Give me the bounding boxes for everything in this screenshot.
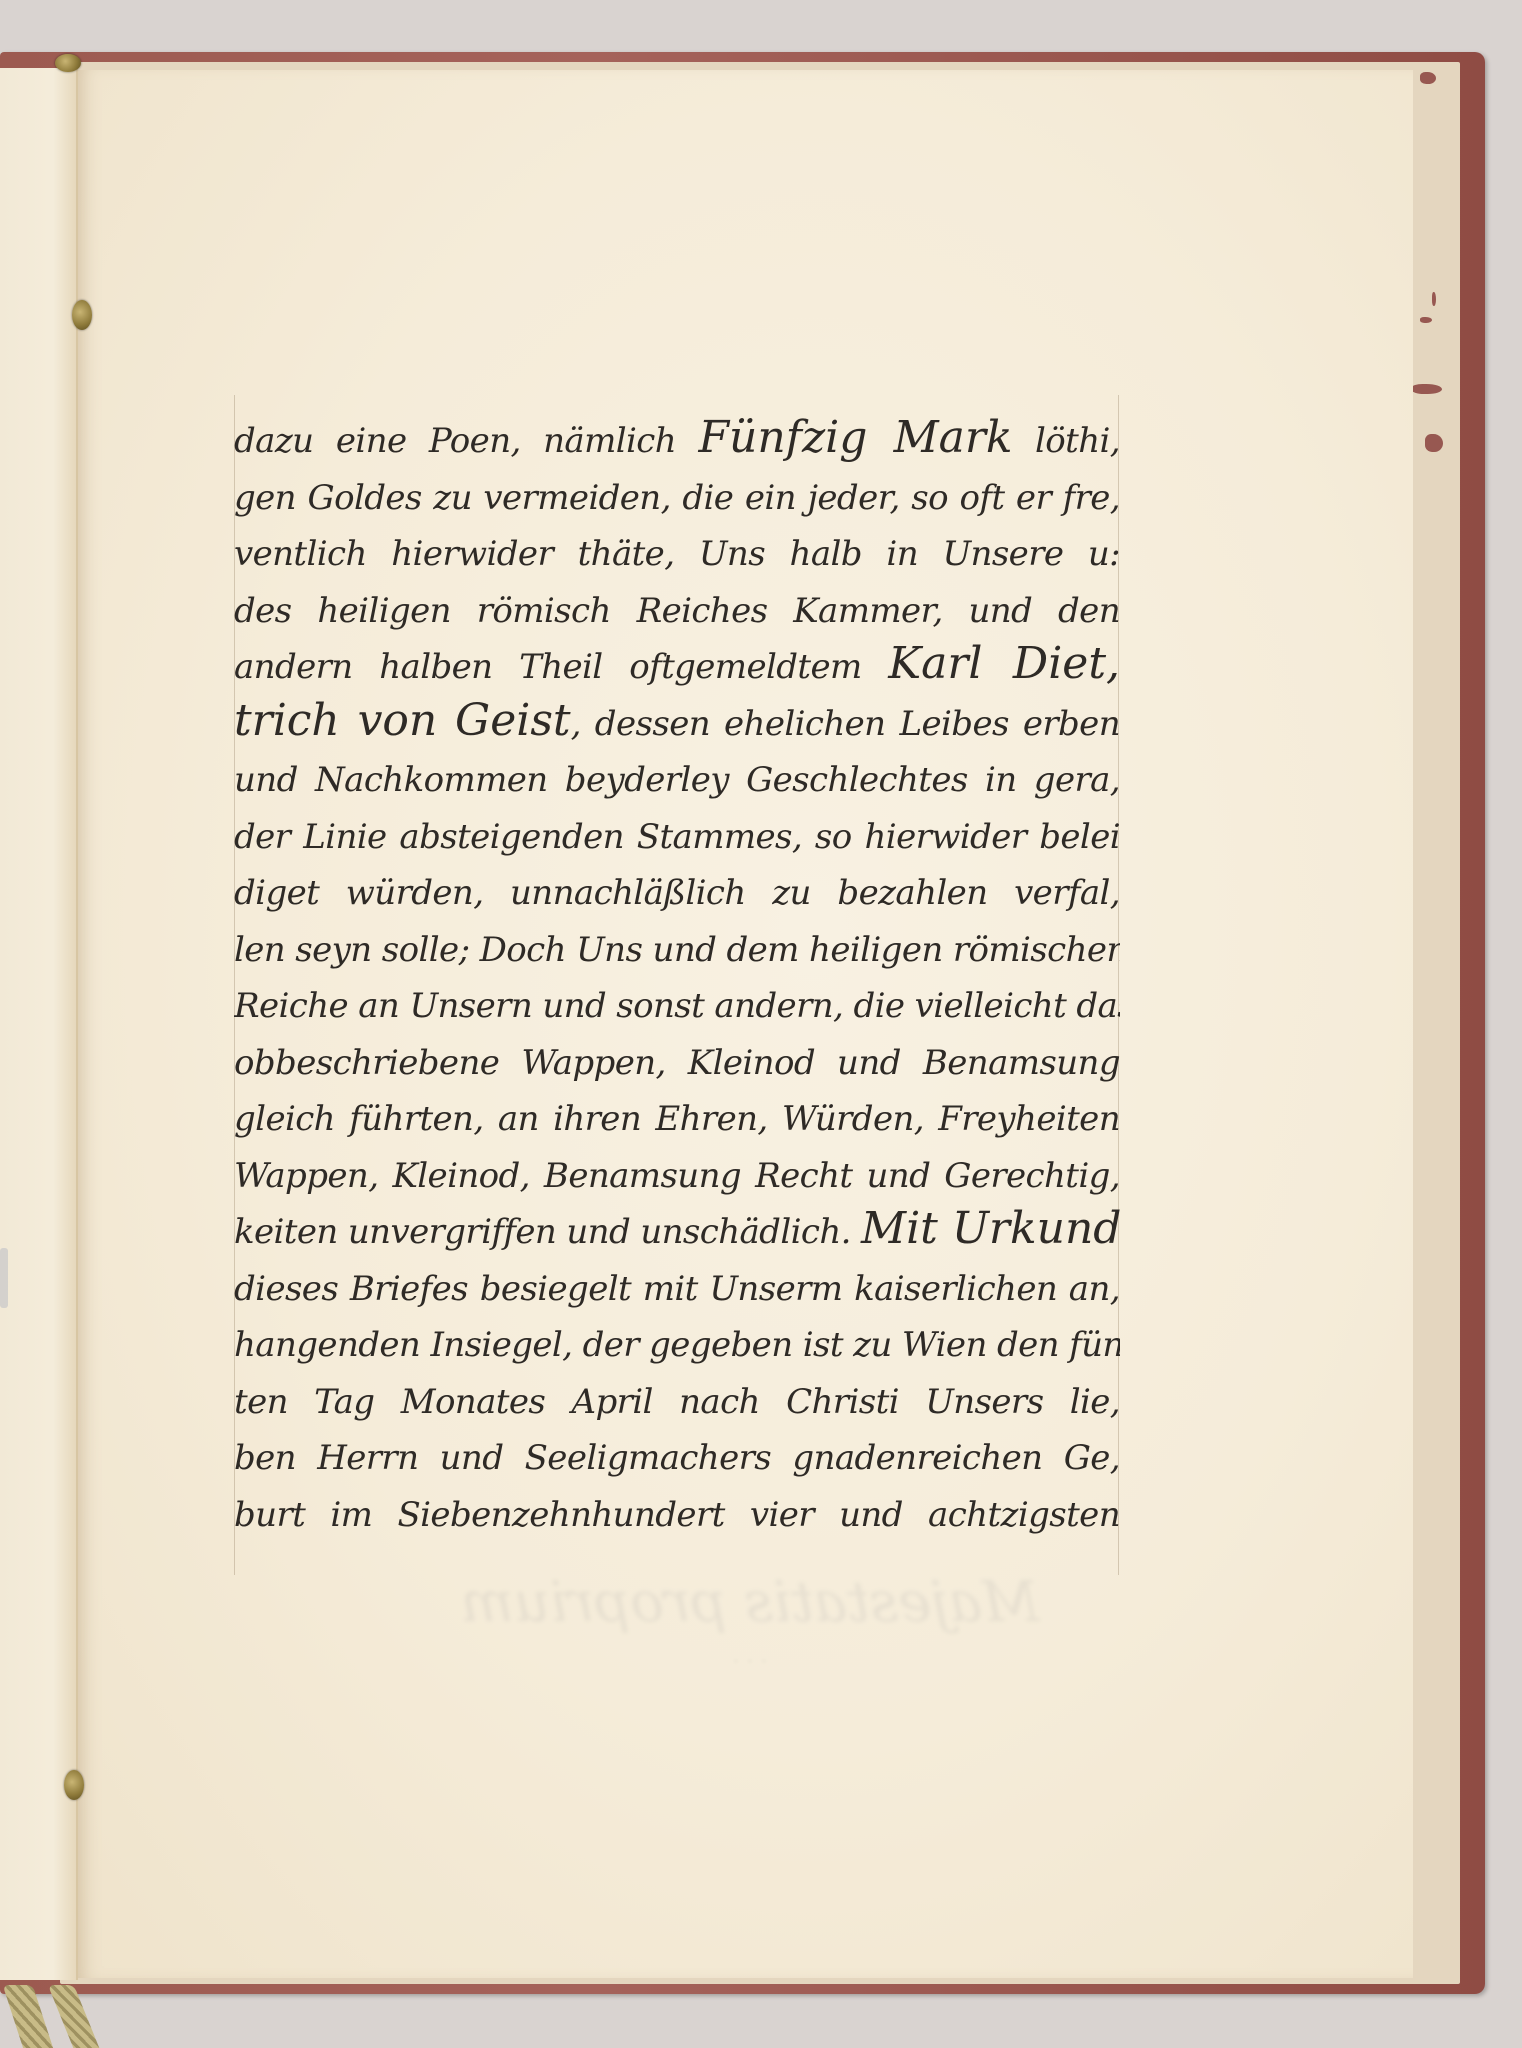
text-line: obbeschriebene Wappen, Kleinod und Benam… — [234, 1032, 1120, 1089]
text-line: keiten unvergriffen und unschädlich. Mit… — [234, 1201, 1120, 1258]
stain-mark — [1420, 72, 1436, 84]
text-line: dieses Briefes besiegelt mit Unserm kais… — [234, 1258, 1120, 1315]
binding-thread-knot-upper — [72, 300, 92, 330]
manuscript-text-block: dazu eine Poen, nämlich Fünfzig Mark löt… — [234, 410, 1120, 1540]
text-line: des heiligen römisch Reiches Kammer, und… — [234, 580, 1120, 637]
text-line: Reiche an Unsern und sonst andern, die v… — [234, 975, 1120, 1032]
text-line: trich von Geist, dessen ehelichen Leibes… — [234, 693, 1120, 750]
text-line: hangenden Insiegel, der gegeben ist zu W… — [234, 1314, 1120, 1371]
text-line: burt im Siebenzehnhundert vier und achtz… — [234, 1484, 1120, 1541]
left-page-showthrough — [0, 1248, 8, 1308]
binding-thread-knot-lower — [64, 1770, 84, 1800]
text-line: ben Herrn und Seeligmachers gnadenreiche… — [234, 1427, 1120, 1484]
text-line: len seyn solle; Doch Uns und dem heilige… — [234, 919, 1120, 976]
text-line: dazu eine Poen, nämlich Fünfzig Mark löt… — [234, 410, 1120, 467]
stain-mark — [1412, 384, 1442, 394]
binding-thread-knot-top — [55, 54, 81, 72]
text-line: und Nachkommen beyderley Geschlechtes in… — [234, 749, 1120, 806]
text-line: der Linie absteigenden Stammes, so hierw… — [234, 806, 1120, 863]
text-line: andern halben Theil oftgemeldtem Karl Di… — [234, 636, 1120, 693]
show-through-subtext: · · · — [560, 1650, 940, 1675]
text-line: gen Goldes zu vermeiden, die ein jeder, … — [234, 467, 1120, 524]
text-line: Wappen, Kleinod, Benamsung Recht und Ger… — [234, 1145, 1120, 1202]
bookmark-cord — [3, 1985, 56, 2048]
bookmark-cord — [48, 1985, 102, 2048]
text-line: ventlich hierwider thäte, Uns halb in Un… — [234, 523, 1120, 580]
text-line: ten Tag Monates April nach Christi Unser… — [234, 1371, 1120, 1428]
left-page-edge — [0, 68, 78, 1980]
text-line: gleich führten, an ihren Ehren, Würden, … — [234, 1088, 1120, 1145]
stain-mark — [1425, 434, 1443, 452]
stain-mark — [1420, 317, 1432, 323]
text-line: diget würden, unnachläßlich zu bezahlen … — [234, 862, 1120, 919]
stain-mark — [1432, 292, 1436, 306]
show-through-text: Majestatis proprium — [360, 1570, 1140, 1635]
